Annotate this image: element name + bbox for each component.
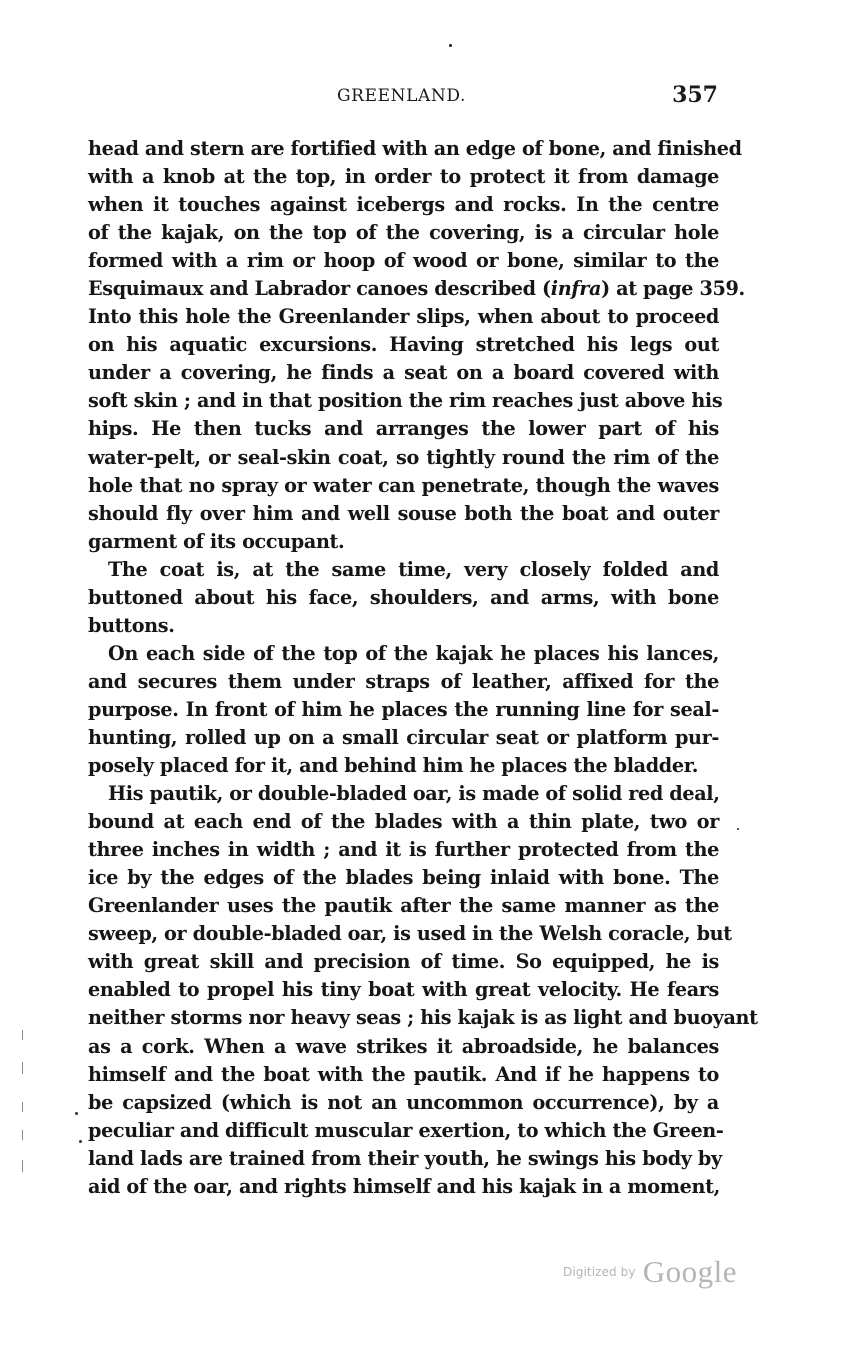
scan-mark [22, 1130, 23, 1140]
google-logo: Google [643, 1254, 737, 1289]
text-line: Into this hole the Greenlander slips, wh… [88, 303, 719, 331]
text-line: garment of its occupant. [88, 528, 719, 556]
text-line: head and stern are fortified with an edg… [88, 135, 719, 163]
text-line: On each side of the top of the kajak he … [88, 640, 719, 668]
text-line: formed with a rim or hoop of wood or bon… [88, 247, 719, 275]
text-line: be capsized (which is not an uncommon oc… [88, 1089, 719, 1117]
scan-speck [737, 828, 739, 830]
scan-mark [22, 1030, 23, 1040]
text-line: water-pelt, or seal-skin coat, so tightl… [88, 444, 719, 472]
text-line: with great skill and precision of time. … [88, 948, 719, 976]
text-line: His pautik, or double-bladed oar, is mad… [88, 780, 719, 808]
scan-speck [79, 1140, 82, 1143]
text-line: should fly over him and well souse both … [88, 500, 719, 528]
text-line: himself and the boat with the pautik. An… [88, 1061, 719, 1089]
text-line: Esquimaux and Labrador canoes described … [88, 275, 719, 303]
text-line: aid of the oar, and rights himself and h… [88, 1173, 719, 1201]
text-line: on his aquatic excursions. Having stretc… [88, 331, 719, 359]
text-line: hole that no spray or water can penetrat… [88, 472, 719, 500]
body-text: head and stern are fortified with an edg… [88, 135, 719, 1201]
italic-word: infra [551, 277, 601, 300]
gutter-scan-marks [22, 1030, 32, 1190]
text-line: posely placed for it, and behind him he … [88, 752, 719, 780]
text-line: hips. He then tucks and arranges the low… [88, 415, 719, 443]
text-line: as a cork. When a wave strikes it abroad… [88, 1033, 719, 1061]
text-line: ice by the edges of the blades being inl… [88, 864, 719, 892]
text-line: sweep, or double-bladed oar, is used in … [88, 920, 719, 948]
text-line: land lads are trained from their youth, … [88, 1145, 719, 1173]
text-line: enabled to propel his tiny boat with gre… [88, 976, 719, 1004]
text-span: ) at page 359. [601, 277, 745, 300]
text-line: under a covering, he finds a seat on a b… [88, 359, 719, 387]
text-line: soft skin ; and in that position the rim… [88, 387, 719, 415]
text-line: of the kajak, on the top of the covering… [88, 219, 719, 247]
digitized-watermark: Digitized by Google [563, 1254, 737, 1290]
scan-mark [22, 1160, 23, 1172]
page-number: 357 [672, 82, 718, 108]
text-line: neither storms nor heavy seas ; his kaja… [88, 1004, 719, 1032]
scan-speck [449, 44, 452, 47]
text-line: buttons. [88, 612, 719, 640]
text-line: three inches in width ; and it is furthe… [88, 836, 719, 864]
book-page: GREENLAND. 357 head and stern are fortif… [0, 0, 860, 1353]
scan-mark [22, 1102, 23, 1112]
text-line: purpose. In front of him he places the r… [88, 696, 719, 724]
running-head: GREENLAND. 357 [88, 84, 718, 112]
scan-mark [22, 1062, 23, 1074]
text-line: and secures them under straps of leather… [88, 668, 719, 696]
scan-speck [75, 1112, 78, 1115]
text-line: buttoned about his face, shoulders, and … [88, 584, 719, 612]
running-title: GREENLAND. [337, 86, 466, 106]
text-line: peculiar and difficult muscular exertion… [88, 1117, 719, 1145]
text-line: Greenlander uses the pautik after the sa… [88, 892, 719, 920]
text-line: hunting, rolled up on a small circular s… [88, 724, 719, 752]
text-line: bound at each end of the blades with a t… [88, 808, 719, 836]
text-line: The coat is, at the same time, very clos… [88, 556, 719, 584]
text-line: with a knob at the top, in order to prot… [88, 163, 719, 191]
text-line: when it touches against icebergs and roc… [88, 191, 719, 219]
text-span: Esquimaux and Labrador canoes described … [88, 277, 551, 300]
watermark-prefix: Digitized by [563, 1265, 636, 1279]
